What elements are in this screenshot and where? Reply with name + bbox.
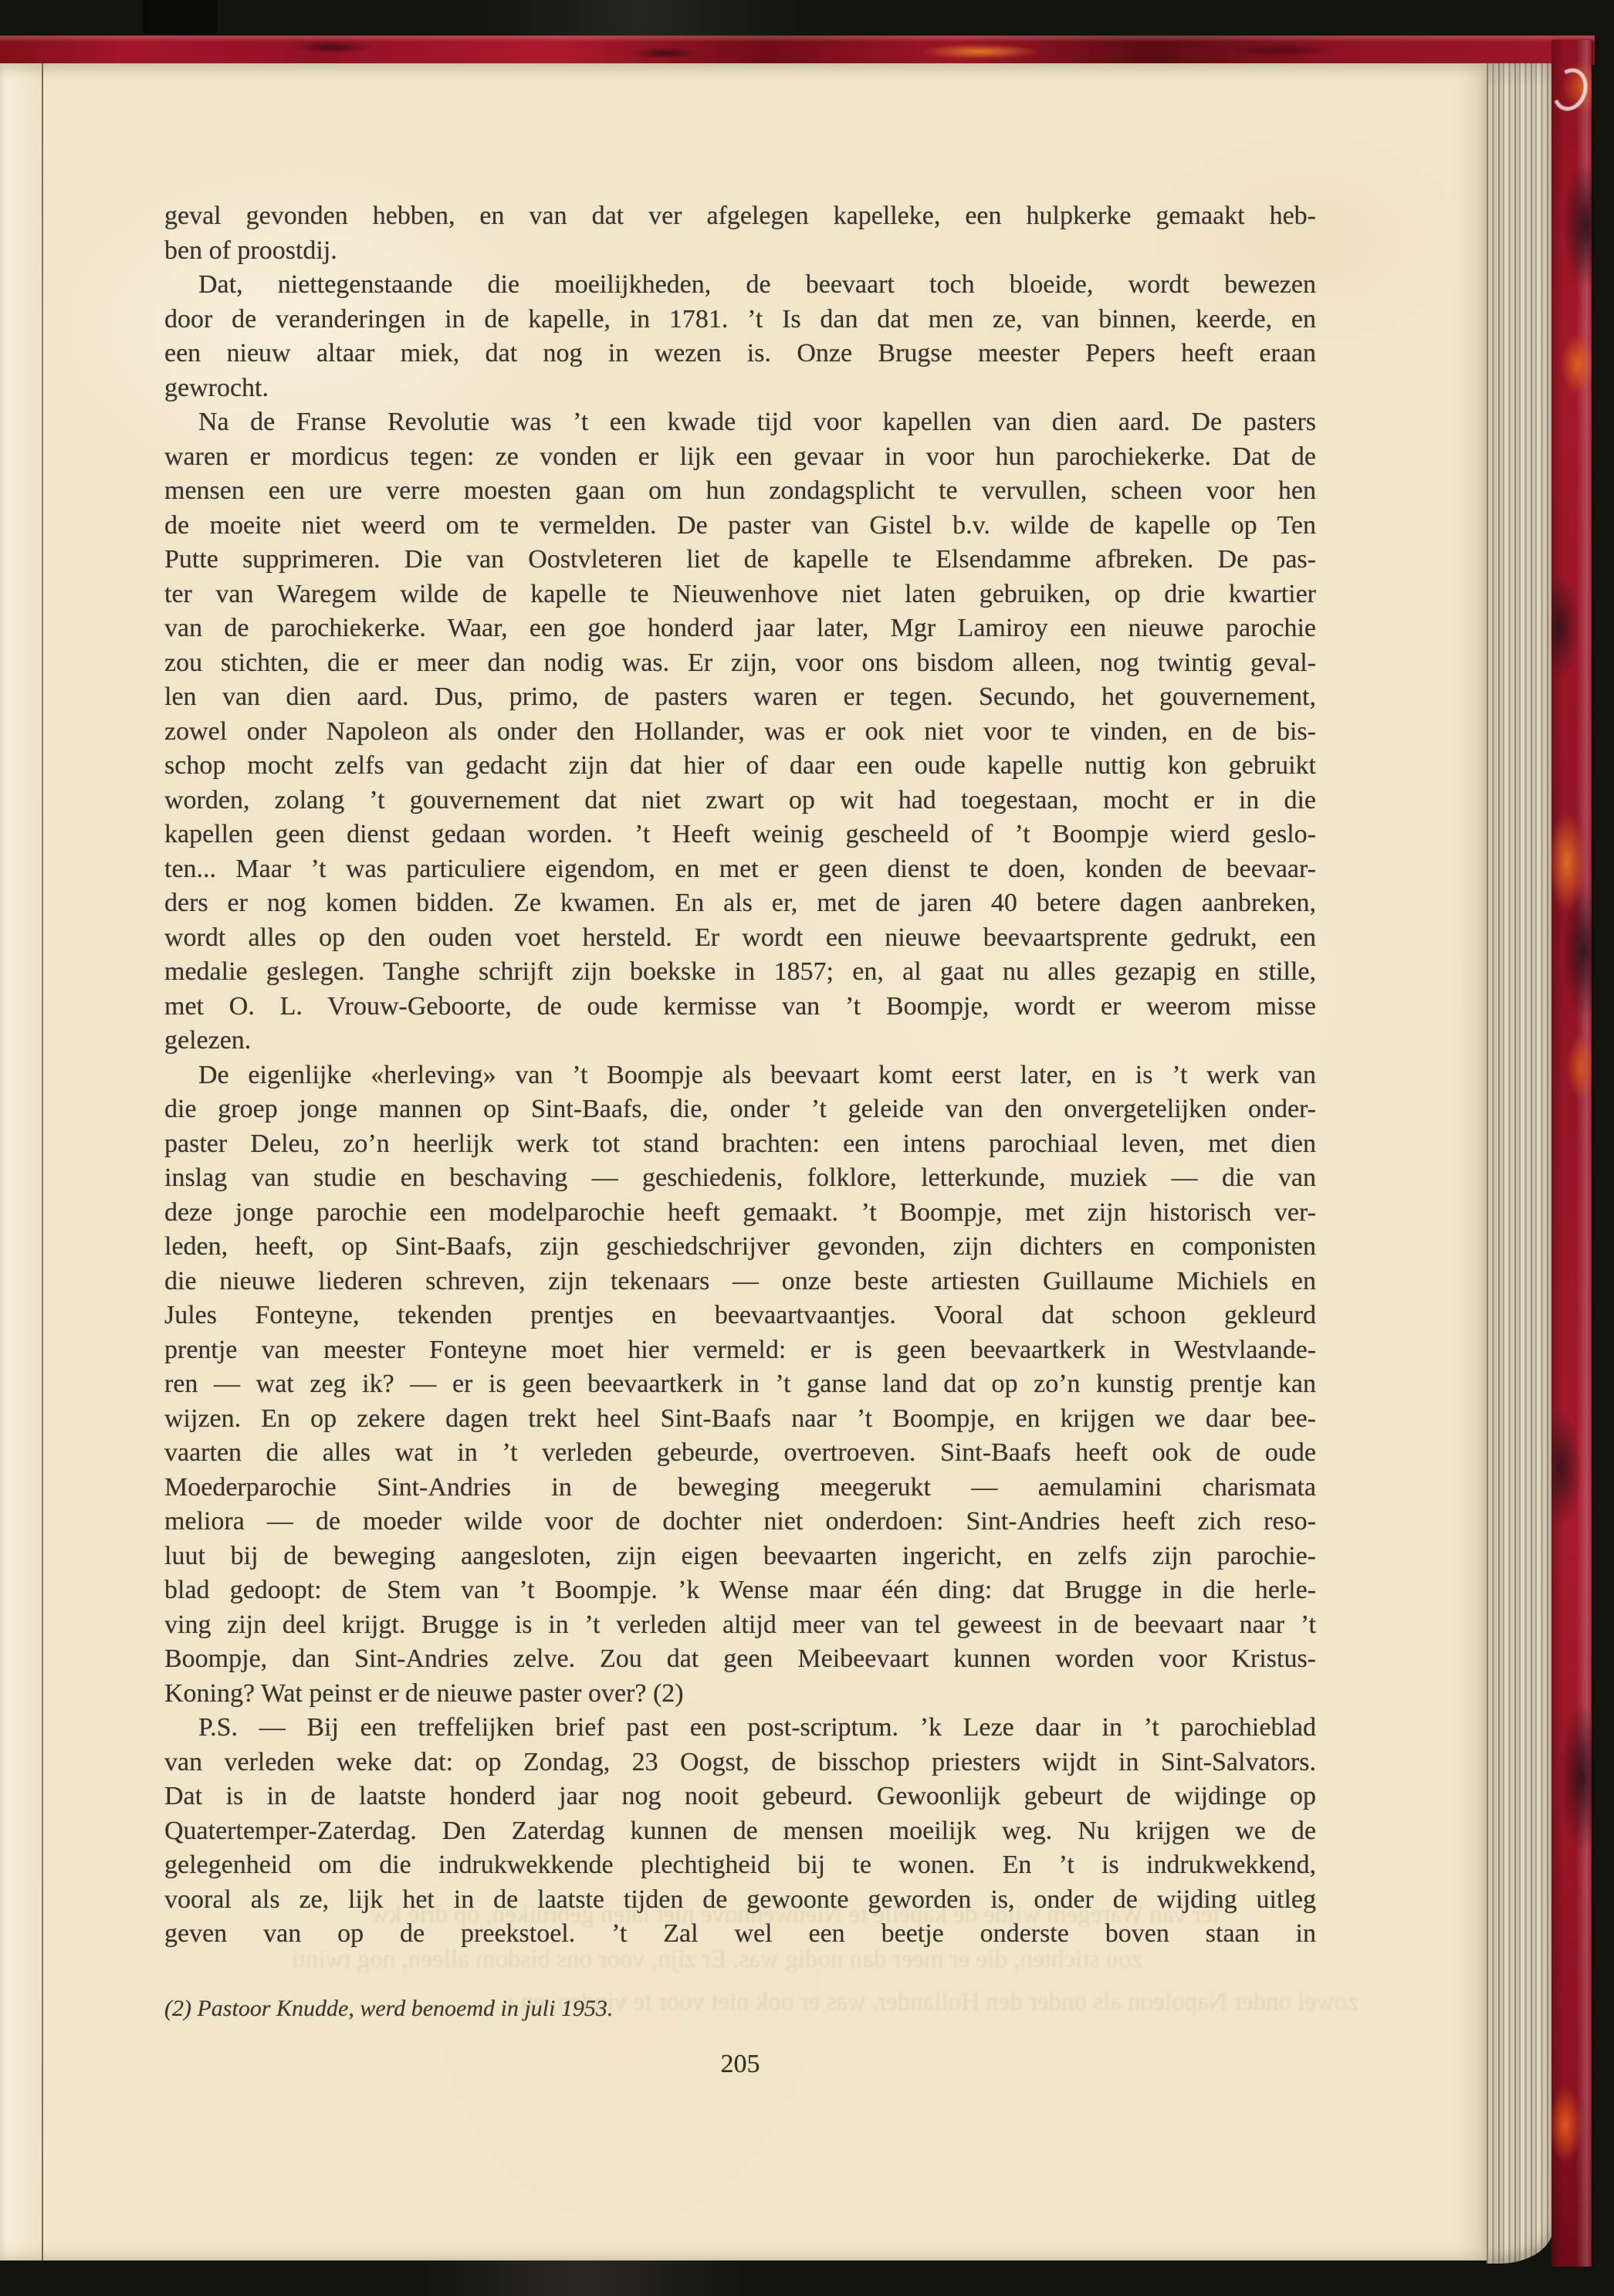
text-line: mensen een ure verre moesten gaan om hun… <box>164 474 1316 509</box>
book-cover-marbled-edge <box>1551 40 1592 2267</box>
text-line: wordt alles op den ouden voet hersteld. … <box>164 921 1316 956</box>
text-line: van de parochiekerke. Waar, een goe hond… <box>164 611 1316 646</box>
text-line: Dat is in de laatste honderd jaar nog no… <box>164 1780 1316 1814</box>
book-photo-scene: geval gevonden hebben, en van dat ver af… <box>0 0 1614 2296</box>
text-line: waren er mordicus tegen: ze vonden er li… <box>164 440 1316 475</box>
text-line: Boompje, dan Sint-Andries zelve. Zou dat… <box>164 1642 1316 1677</box>
text-line: Moederparochie Sint-Andries in de bewegi… <box>164 1471 1316 1505</box>
text-line: leden, heeft, op Sint-Baafs, zijn geschi… <box>164 1230 1316 1265</box>
text-line: P.S. — Bij een treffelijken brief past e… <box>164 1711 1316 1746</box>
text-line: Putte supprimeren. Die van Oostvleteren … <box>164 543 1316 577</box>
text-line: door de veranderingen in de kapelle, in … <box>164 303 1316 337</box>
background-object <box>143 0 217 34</box>
text-line: kapellen geen dienst gedaan worden. ’t H… <box>164 818 1316 852</box>
text-line: van verleden weke dat: op Zondag, 23 Oog… <box>164 1746 1316 1780</box>
background-sheen-bottom <box>417 2260 749 2296</box>
background-sheen <box>479 0 803 37</box>
text-line: schop mocht zelfs van gedacht zijn dat h… <box>164 749 1316 784</box>
text-line: ren — wat zeg ik? — er is geen beevaartk… <box>164 1367 1316 1402</box>
text-line: zowel onder Napoleon als onder den Holla… <box>164 715 1316 750</box>
text-line: prentje van meester Fonteyne moet hier v… <box>164 1333 1316 1368</box>
text-line: paster Deleu, zo’n heerlijk werk tot sta… <box>164 1127 1316 1162</box>
text-line: Na de Franse Revolutie was ’t een kwade … <box>164 405 1316 440</box>
text-line: de moeite niet weerd om te vermelden. De… <box>164 509 1316 544</box>
book-page: geval gevonden hebben, en van dat ver af… <box>0 63 1487 2260</box>
text-line: luut bij de beweging aangesloten, zijn e… <box>164 1539 1316 1574</box>
text-line: die nieuwe liederen schreven, zijn teken… <box>164 1265 1316 1299</box>
text-line: Quatertemper-Zaterdag. Den Zaterdag kunn… <box>164 1814 1316 1849</box>
text-line: ders er nog komen bidden. Ze kwamen. En … <box>164 886 1316 921</box>
text-line: wijzen. En op zekere dagen trekt heel Si… <box>164 1402 1316 1437</box>
text-line: blad gedoopt: de Stem van ’t Boompje. ’k… <box>164 1573 1316 1608</box>
text-line: een nieuw altaar miek, dat nog in wezen … <box>164 337 1316 371</box>
text-line: gelezen. <box>164 1024 1316 1058</box>
text-line: deze jonge parochie een modelparochie he… <box>164 1196 1316 1231</box>
text-line: geval gevonden hebben, en van dat ver af… <box>164 199 1316 234</box>
text-line: Koning? Wat peinst er de nieuwe paster o… <box>164 1677 1316 1712</box>
text-line: len van dien aard. Dus, primo, de paster… <box>164 680 1316 715</box>
fore-edge-page-stack <box>1487 63 1553 2264</box>
footnote: (2) Pastoor Knudde, werd benoemd in juli… <box>164 1996 1316 2022</box>
text-line: inslag van studie en beschaving — geschi… <box>164 1161 1316 1196</box>
text-line: worden, zolang ’t gouvernement dat niet … <box>164 784 1316 818</box>
text-line: De eigenlijke «herleving» van ’t Boompje… <box>164 1058 1316 1093</box>
text-line: die groep jonge mannen op Sint-Baafs, di… <box>164 1092 1316 1127</box>
text-line: ving zijn deel krijgt. Brugge is in ’t v… <box>164 1608 1316 1643</box>
text-line: ten... Maar ’t was particuliere eigendom… <box>164 852 1316 887</box>
text-line: ter van Waregem wilde de kapelle te Nieu… <box>164 577 1316 612</box>
text-line: zou stichten, die er meer dan nodig was.… <box>164 646 1316 681</box>
text-line: meliora — de moeder wilde voor de dochte… <box>164 1505 1316 1539</box>
text-line: met O. L. Vrouw-Geboorte, de oude kermis… <box>164 990 1316 1024</box>
text-line: geven van op de preekstoel. ’t Zal wel e… <box>164 1917 1316 1952</box>
text-line: vaarten die alles wat in ’t verleden geb… <box>164 1436 1316 1471</box>
text-line: vooral als ze, lijk het in de laatste ti… <box>164 1883 1316 1918</box>
text-line: ben of proostdij. <box>164 234 1316 269</box>
page-number: 205 <box>164 2050 1316 2079</box>
book-cover-top-edge <box>0 36 1595 65</box>
text-line: Jules Fonteyne, tekenden prentjes en bee… <box>164 1299 1316 1333</box>
page-gutter-crease <box>42 63 43 2260</box>
text-line: medalie geslegen. Tanghe schrijft zijn b… <box>164 955 1316 990</box>
text-line: gewrocht. <box>164 371 1316 406</box>
text-line: gelegenheid om die indrukwekkende plecht… <box>164 1848 1316 1883</box>
text-block: geval gevonden hebben, en van dat ver af… <box>164 199 1316 1952</box>
text-line: Dat, niettegenstaande die moeilijkheden,… <box>164 268 1316 303</box>
